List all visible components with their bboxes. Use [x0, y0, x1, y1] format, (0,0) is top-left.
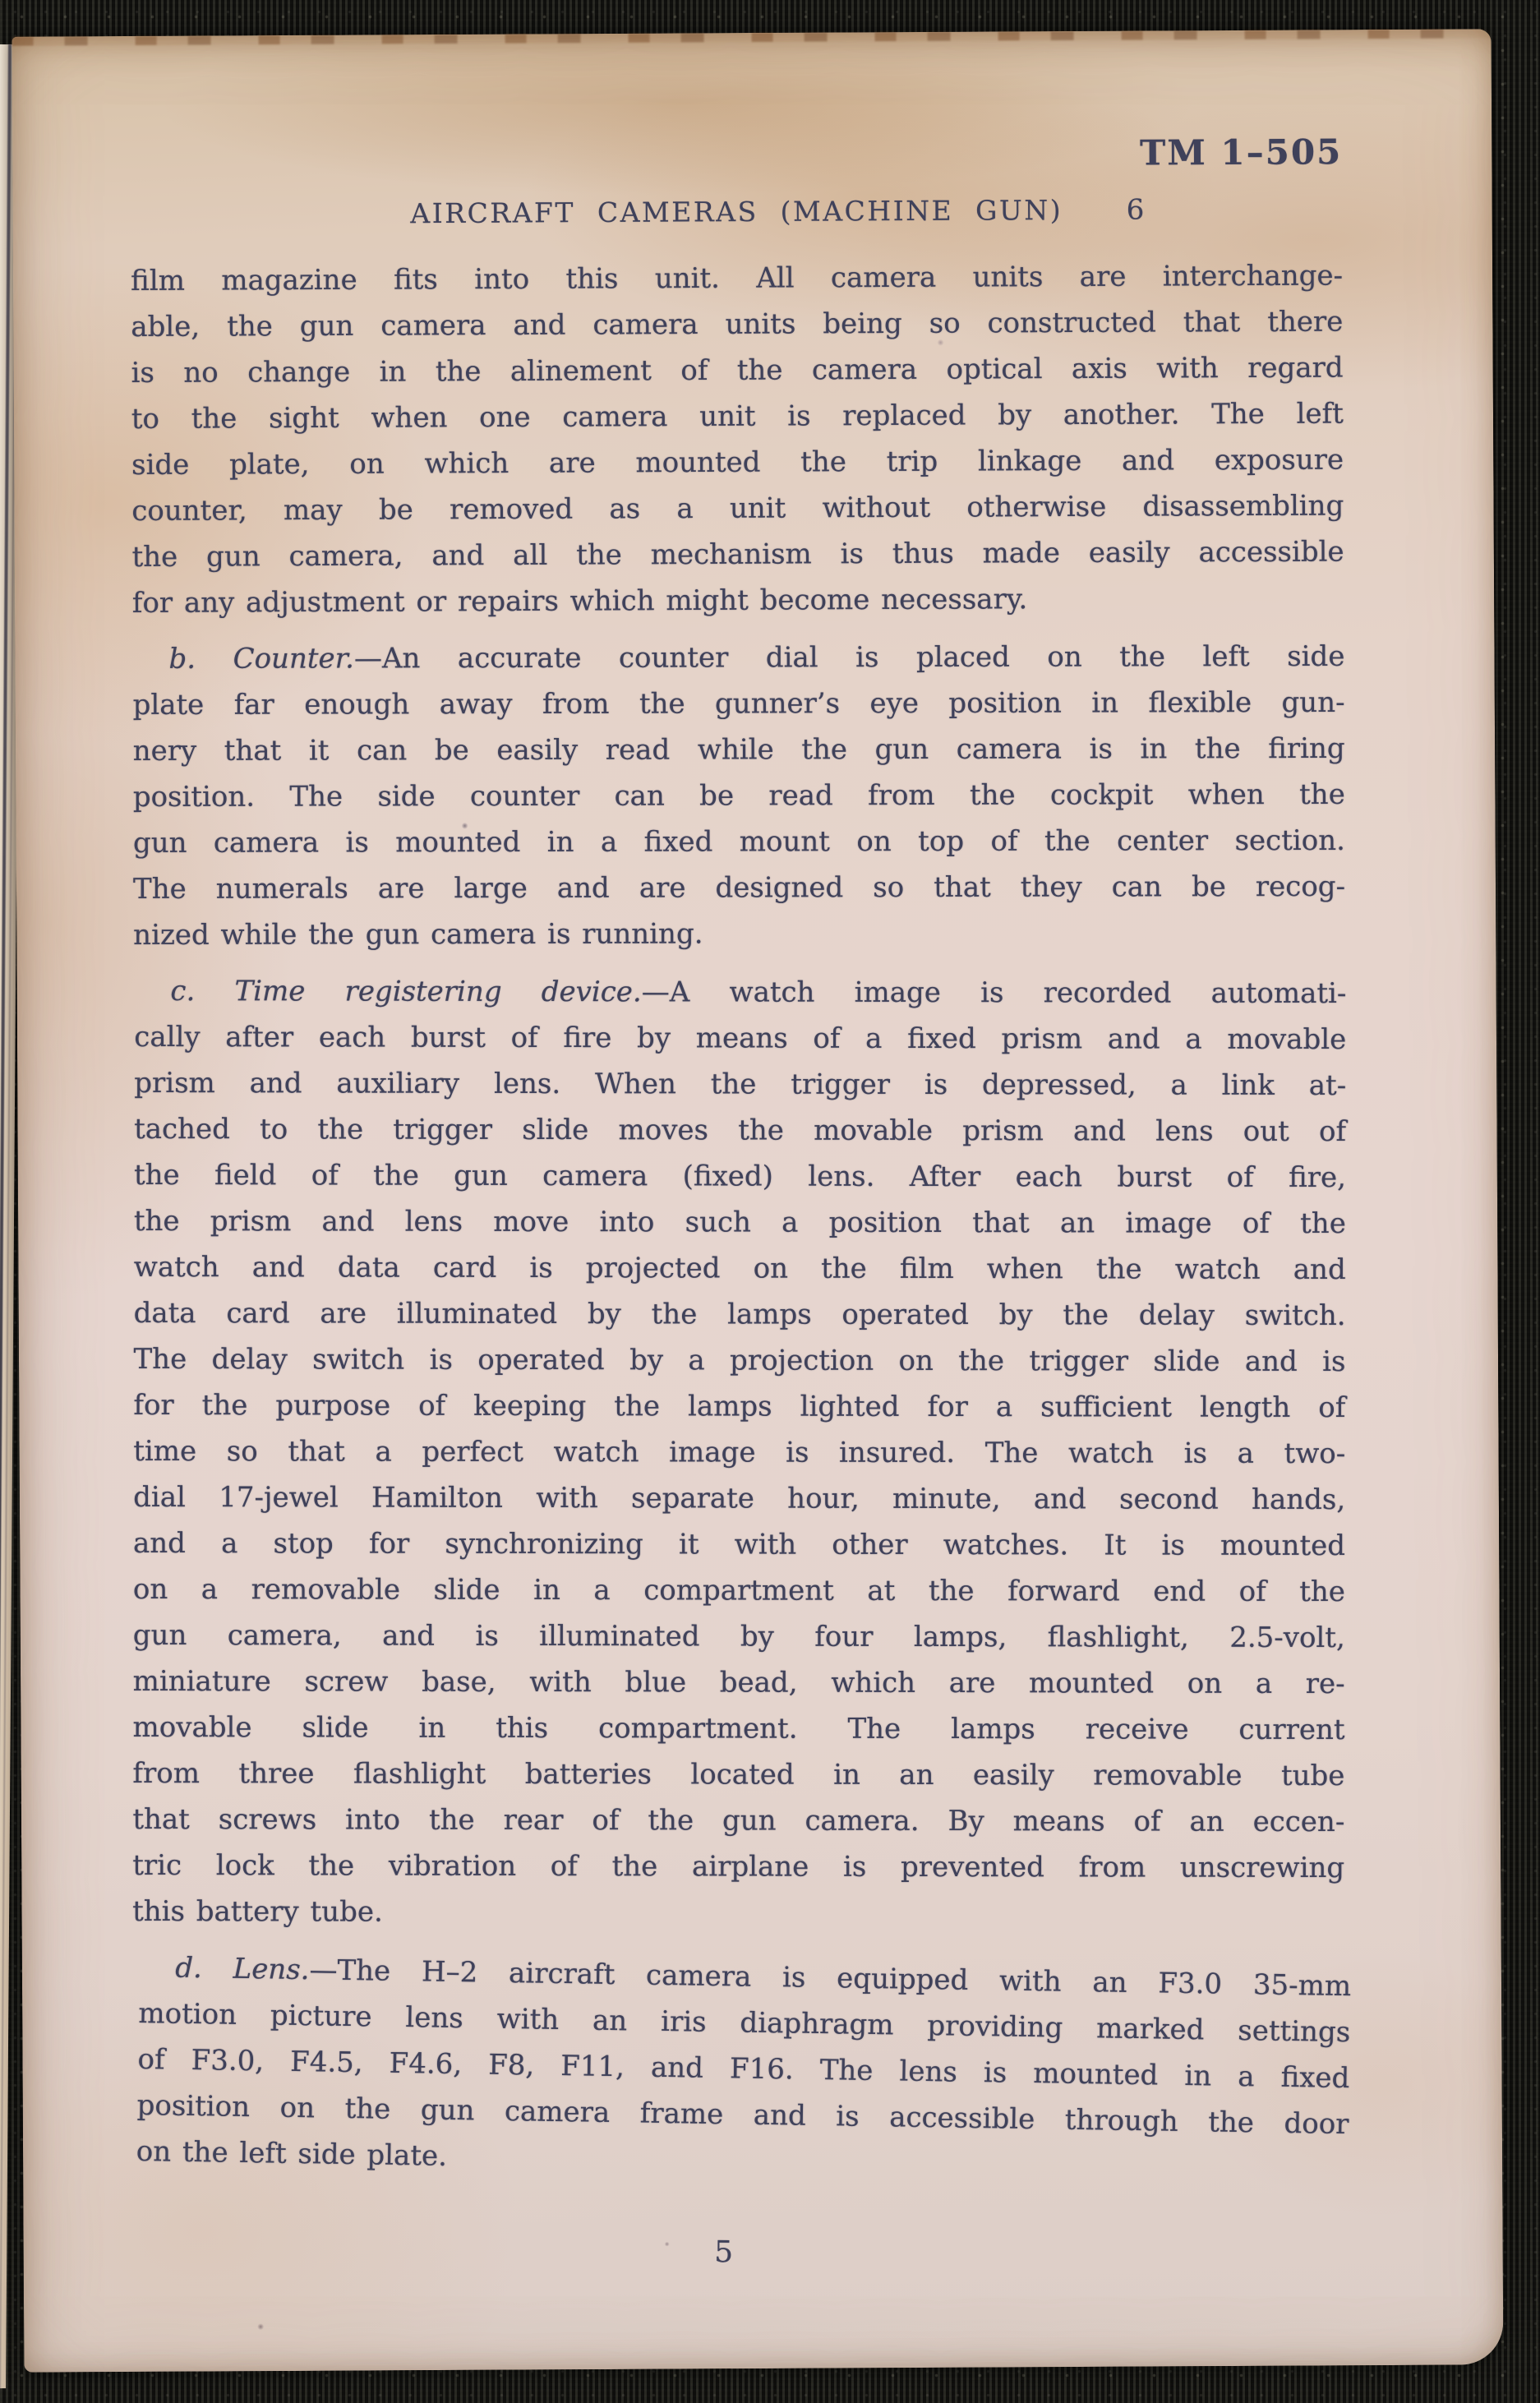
text-line: miniature screw base, with blue bead, wh…	[133, 1658, 1345, 1707]
scanned-book-photo: { "document": { "header": { "doc_number"…	[0, 0, 1540, 2403]
text-line: nized while the gun camera is running.	[133, 910, 1345, 958]
text-line: and a stop for synchronizing it with oth…	[133, 1520, 1345, 1569]
text-line: The delay switch is operated by a projec…	[133, 1336, 1345, 1385]
manual-page: TM 1–505 AIRCRAFT CAMERAS (MACHINE GUN) …	[12, 29, 1504, 2372]
text-line: this battery tube.	[132, 1889, 1344, 1937]
text-line: gun camera is mounted in a fixed mount o…	[133, 818, 1345, 866]
page-number: 5	[666, 2235, 782, 2270]
text-line: the gun camera, and all the mechanism is…	[131, 529, 1344, 580]
text-line: is no change in the alinement of the cam…	[131, 345, 1343, 396]
text-line: c. Time registering device.—A watch imag…	[134, 968, 1346, 1017]
text-line: on a removable slide in a compartment at…	[133, 1566, 1345, 1615]
section-page-number: 6	[1127, 194, 1145, 227]
page-title: AIRCRAFT CAMERAS (MACHINE GUN)	[131, 192, 1343, 231]
text-line: position. The side counter can be read f…	[133, 772, 1345, 820]
text-line: that screws into the rear of the gun cam…	[132, 1796, 1344, 1845]
text-line: prism and auxiliary lens. When the trigg…	[134, 1060, 1346, 1109]
text-line: film magazine fits into this unit. All c…	[131, 253, 1343, 304]
text-line: tric lock the vibration of the airplane …	[132, 1843, 1344, 1891]
text-line: b. Counter.—An accurate counter dial is …	[132, 634, 1344, 682]
doc-number: TM 1–505	[1140, 131, 1343, 173]
text-line: from three flashlight batteries located …	[132, 1750, 1344, 1799]
text-line: data card are illuminated by the lamps o…	[134, 1290, 1346, 1339]
text-line: for the purpose of keeping the lamps lig…	[133, 1382, 1345, 1431]
paragraph-d-lens: d. Lens.—The H–2 aircraft camera is equi…	[136, 1944, 1351, 2193]
paragraph-b-counter: b. Counter.—An accurate counter dial is …	[132, 634, 1345, 958]
text-line: The numerals are large and are designed …	[133, 864, 1345, 912]
page-content: TM 1–505 AIRCRAFT CAMERAS (MACHINE GUN) …	[130, 30, 1354, 2372]
text-line: for any adjustment or repairs which migh…	[132, 575, 1344, 626]
text-line: the prism and lens move into such a posi…	[134, 1198, 1346, 1247]
text-line: able, the gun camera and camera units be…	[131, 299, 1343, 350]
text-line: plate far enough away from the gunner’s …	[133, 680, 1345, 728]
text-line: dial 17-jewel Hamilton with separate hou…	[133, 1474, 1345, 1523]
text-line: watch and data card is projected on the …	[134, 1244, 1346, 1293]
body-text: film magazine fits into this unit. All c…	[131, 251, 1353, 2175]
paragraph-c-time-registering-device: c. Time registering device.—A watch imag…	[132, 968, 1346, 1937]
text-line: tached to the trigger slide moves the mo…	[134, 1106, 1346, 1155]
text-line: cally after each burst of fire by means …	[134, 1014, 1346, 1063]
text-line: time so that a perfect watch image is in…	[133, 1428, 1345, 1477]
text-line: movable slide in this compartment. The l…	[133, 1704, 1345, 1753]
text-line: to the sight when one camera unit is rep…	[131, 391, 1344, 442]
text-line: the field of the gun camera (fixed) lens…	[134, 1152, 1346, 1201]
text-line: gun camera, and is illuminated by four l…	[133, 1612, 1345, 1661]
text-line: side plate, on which are mounted the tri…	[131, 437, 1344, 488]
text-line: counter, may be removed as a unit withou…	[131, 483, 1344, 534]
paragraph-a-continuation: film magazine fits into this unit. All c…	[131, 253, 1344, 626]
text-line: nery that it can be easily read while th…	[133, 726, 1345, 774]
